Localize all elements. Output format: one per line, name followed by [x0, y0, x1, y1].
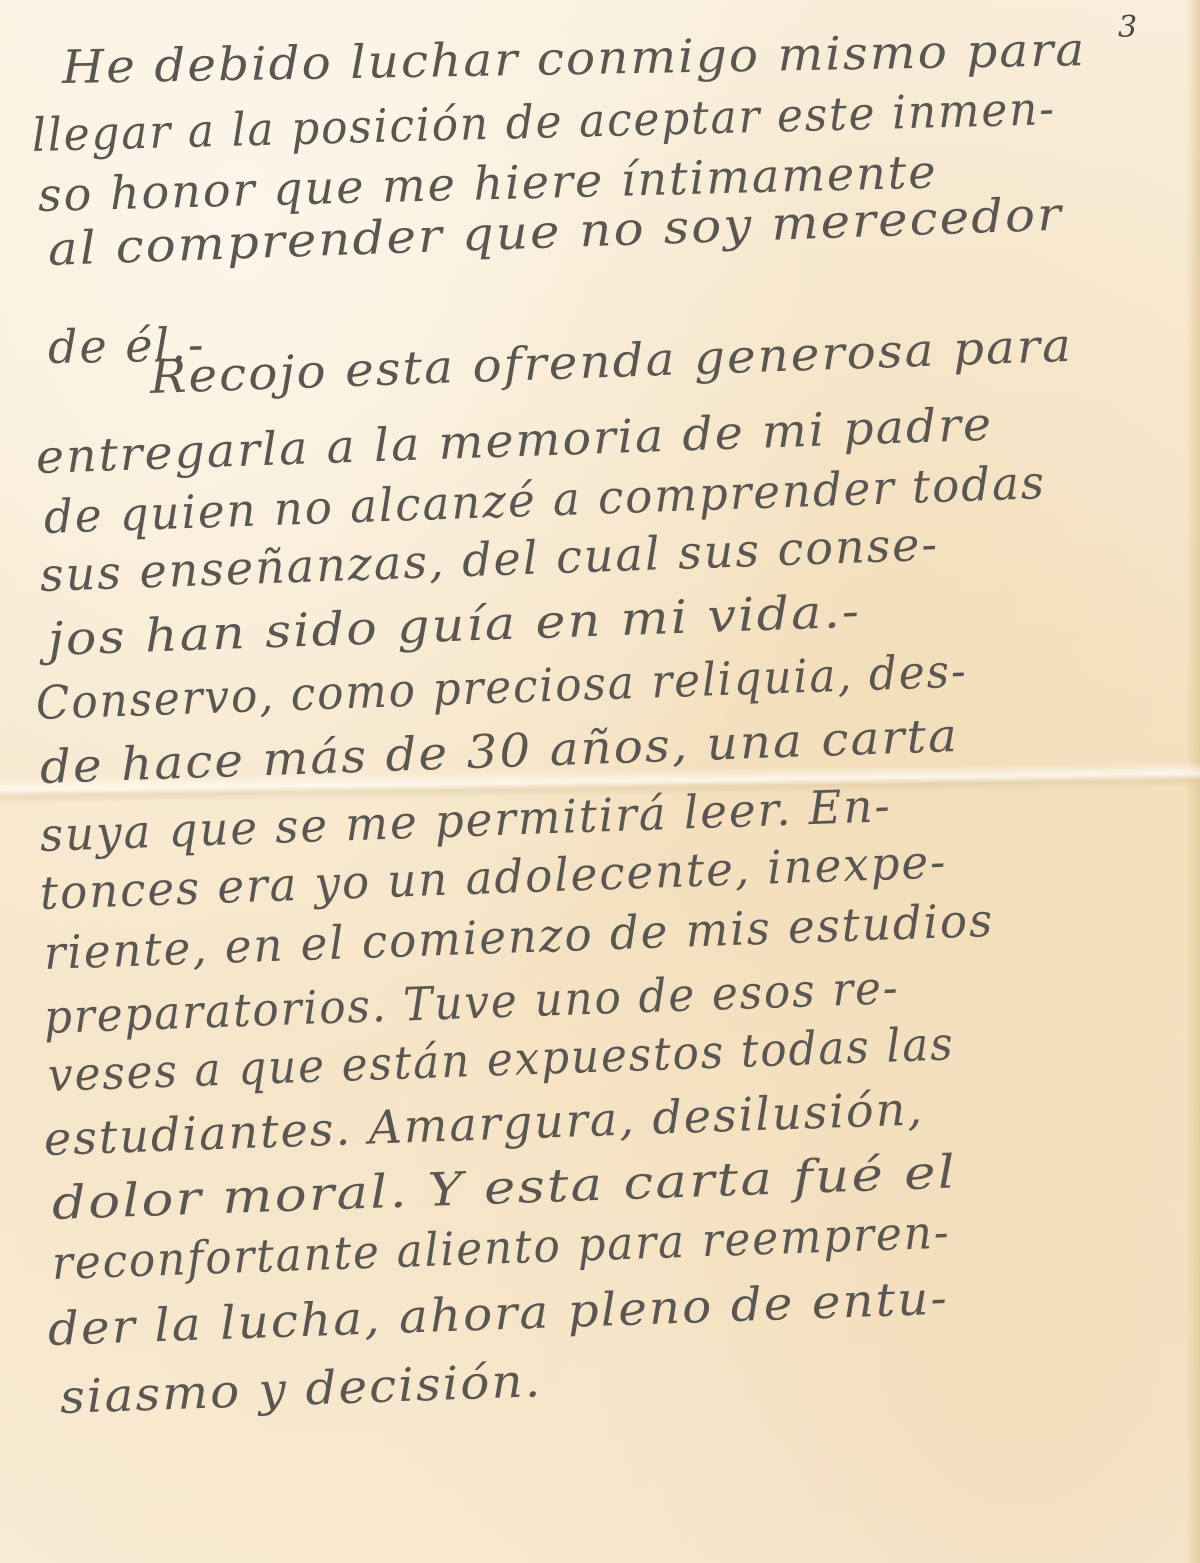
text-line: He debido luchar conmigo mismo para — [62, 22, 1087, 94]
page-number: 3 — [1118, 10, 1137, 45]
letter-page: 3 He debido luchar conmigo mismo para ll… — [0, 0, 1200, 1563]
text-line: siasmo y decisión. — [59, 1353, 543, 1424]
text-line: Recojo esta ofrenda generosa para — [149, 318, 1074, 404]
